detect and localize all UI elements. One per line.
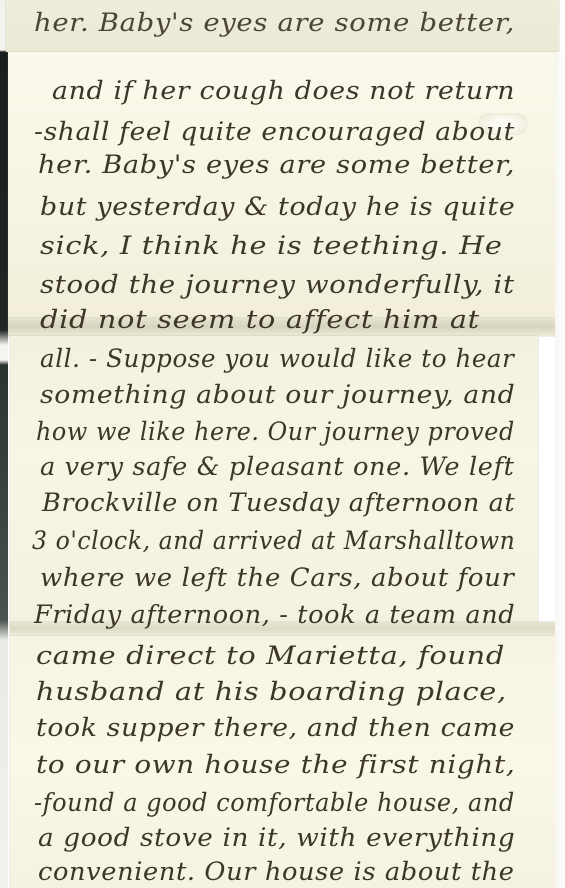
- handwritten-line: a good stove in it, with everything: [38, 823, 515, 852]
- handwritten-line: but yesterday & today he is quite: [40, 192, 515, 221]
- handwritten-line: stood the journey wonderfully, it: [40, 270, 515, 299]
- handwritten-line: a very safe & pleasant one. We left: [40, 452, 515, 481]
- handwritten-line: 3 o'clock, and arrived at Marshalltown: [32, 526, 515, 555]
- handwritten-line: -shall feel quite encouraged about: [34, 117, 515, 146]
- handwritten-line: something about our journey, and: [40, 380, 515, 409]
- letter-scan: her. Baby's eyes are some better, and if…: [0, 0, 565, 888]
- scanner-background-edge: [0, 0, 8, 888]
- handwritten-line: to our own house the first night,: [36, 750, 515, 779]
- handwritten-line-top-strip: her. Baby's eyes are some better,: [34, 8, 515, 37]
- right-edge-shadow: [555, 52, 565, 888]
- handwritten-line: took supper there, and then came: [36, 713, 515, 742]
- handwritten-line: came direct to Marietta, found: [36, 641, 505, 670]
- handwritten-line: how we like here. Our journey proved: [36, 417, 515, 446]
- handwritten-line: convenient. Our house is about the: [38, 857, 515, 886]
- handwritten-line: all. - Suppose you would like to hear: [40, 344, 514, 373]
- handwritten-line: sick, I think he is teething. He: [40, 231, 503, 260]
- handwritten-line: Friday afternoon, - took a team and: [34, 600, 515, 629]
- handwritten-line: did not seem to affect him at: [40, 305, 480, 334]
- handwritten-line: her. Baby's eyes are some better,: [38, 150, 515, 179]
- handwritten-line: -found a good comfortable house, and: [34, 788, 515, 817]
- handwritten-line: and if her cough does not return: [52, 76, 515, 105]
- handwritten-line: husband at his boarding place,: [36, 677, 507, 706]
- handwritten-line: where we left the Cars, about four: [40, 563, 515, 592]
- handwritten-line: Brockville on Tuesday afternoon at: [42, 488, 515, 517]
